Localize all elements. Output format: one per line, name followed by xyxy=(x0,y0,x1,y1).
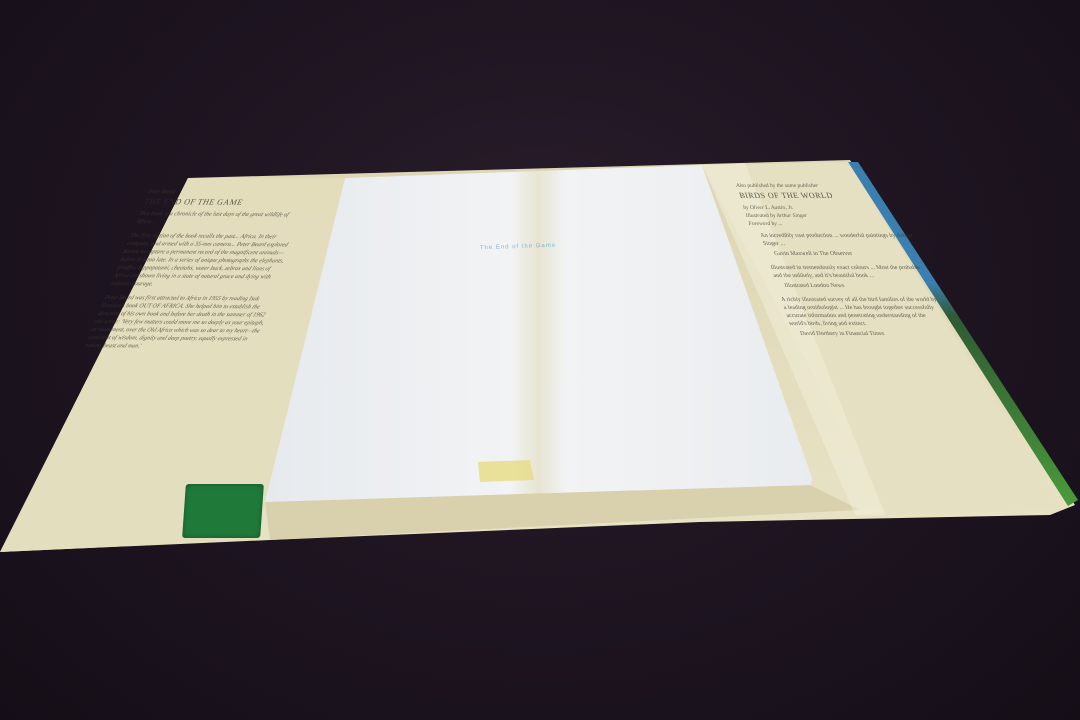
review-source: Gavin Maxwell in The Observer xyxy=(773,250,925,258)
left-flap-author: Peter Beard xyxy=(147,188,320,197)
right-flap-credit: Illustrated by Arthur Singer xyxy=(745,212,913,220)
review-quote: A richly illustrated survey of all the b… xyxy=(780,296,947,328)
right-flap-title: Birds of the World xyxy=(738,192,906,200)
left-flap-paragraph: Peter Beard was first attracted to Afric… xyxy=(83,294,276,351)
left-flap-paragraph: The first section of the book recalls th… xyxy=(109,232,302,289)
price-sticker xyxy=(182,484,264,538)
review-quote: An incredibly vast production ... wonder… xyxy=(759,232,921,248)
review-quote: Illustrated in tremendously exact colour… xyxy=(770,264,932,280)
right-flap-credit: Foreword by ... xyxy=(747,220,915,228)
photo-scene: Peter Beard The End of the Game This boo… xyxy=(0,0,1080,720)
right-flap-credit: by Oliver L. Austin, Jr. xyxy=(742,204,910,212)
left-flap-paragraph: This book is a chronicle of the last day… xyxy=(134,210,310,227)
review-source: David Dorthery in Financial Times xyxy=(799,330,951,338)
right-flap-pretitle: Also published by the same publisher xyxy=(735,182,903,190)
dust-jacket xyxy=(0,0,1080,720)
review-source: Illustrated London News xyxy=(783,282,935,290)
left-flap-title: The End of the Game xyxy=(143,198,316,207)
